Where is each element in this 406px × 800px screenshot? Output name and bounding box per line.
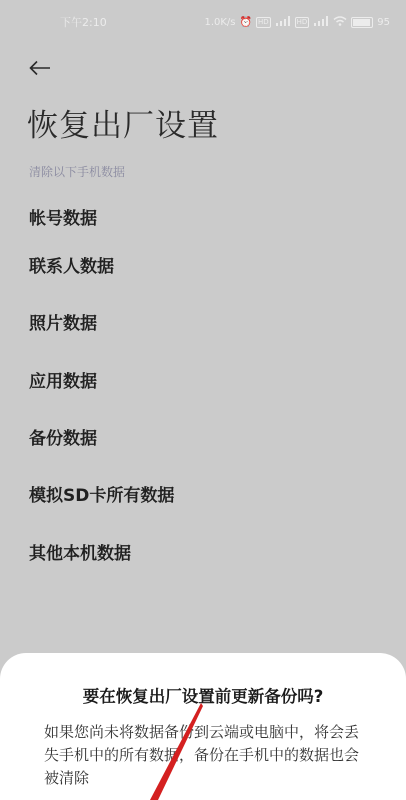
signal-sim2-icon (313, 16, 329, 29)
list-item: 帐号数据 (29, 196, 174, 236)
battery-level: 95 (377, 17, 390, 28)
list-item: 模拟SD卡所有数据 (29, 465, 174, 522)
status-bar: 下午2:10 1.0K/s ⏰ HD HD 95 (0, 0, 406, 44)
status-icons: 1.0K/s ⏰ HD HD 95 (204, 16, 390, 29)
alarm-off-icon: ⏰ (240, 17, 252, 28)
list-item: 其他本机数据 (29, 522, 174, 579)
hd-icon: HD (256, 17, 271, 28)
net-speed: 1.0K/s (204, 17, 235, 28)
battery-icon (351, 17, 373, 28)
list-item: 应用数据 (29, 351, 174, 408)
wifi-icon (333, 16, 347, 29)
backup-dialog: 要在恢复出厂设置前更新备份吗? 如果您尚未将数据备份到云端或电脑中，将会丢失手机… (0, 653, 406, 800)
status-time: 下午2:10 (60, 14, 107, 30)
dialog-title: 要在恢复出厂设置前更新备份吗? (0, 683, 406, 707)
page-title: 恢复出厂设置 (27, 100, 219, 145)
data-list: 帐号数据 联系人数据 照片数据 应用数据 备份数据 模拟SD卡所有数据 其他本机… (29, 196, 174, 580)
back-button[interactable] (26, 54, 54, 82)
dialog-message: 如果您尚未将数据备份到云端或电脑中，将会丢失手机中的所有数据，备份在手机中的数据… (44, 721, 366, 790)
list-item: 照片数据 (29, 293, 174, 350)
list-item: 联系人数据 (29, 236, 174, 293)
arrow-left-icon (29, 60, 51, 76)
section-label: 清除以下手机数据 (29, 163, 125, 180)
list-item: 备份数据 (29, 408, 174, 465)
signal-sim1-icon (275, 16, 291, 29)
hd-icon-2: HD (295, 17, 310, 28)
